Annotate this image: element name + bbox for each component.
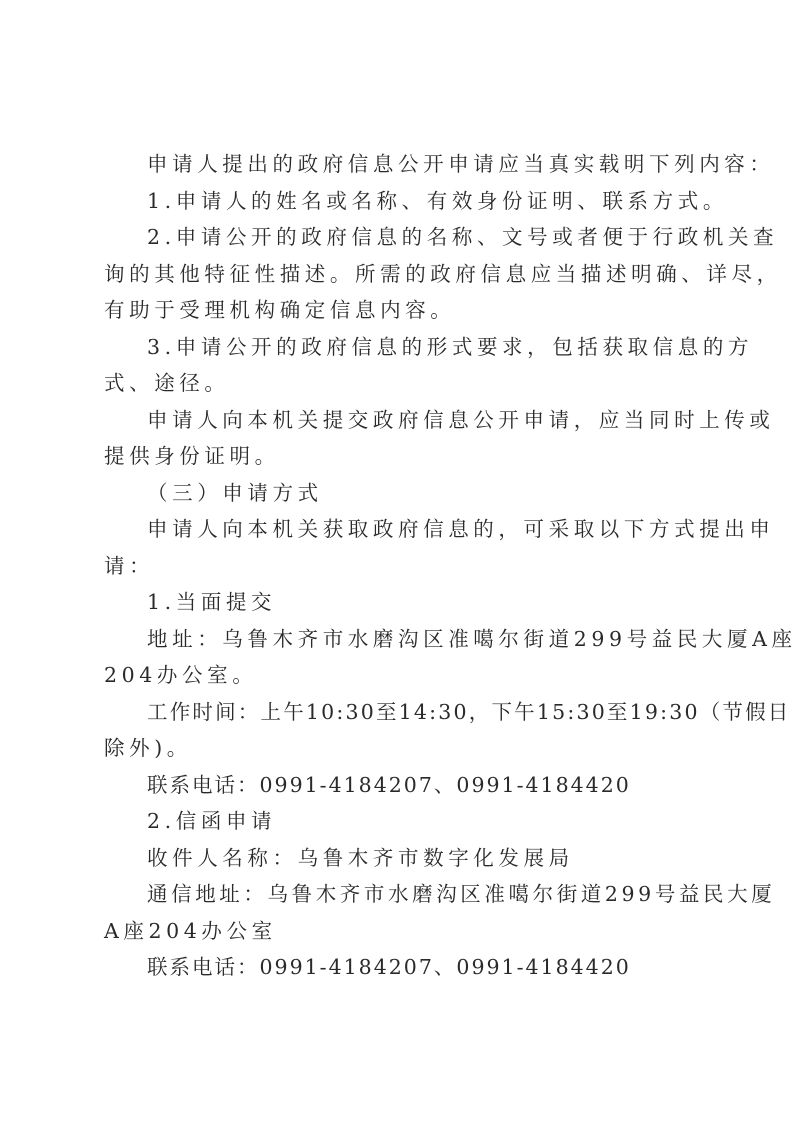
method-1-phone: 联系电话：0991-4184207、0991-4184420 (104, 767, 694, 804)
section-heading-application-methods: （三）申请方式 (104, 475, 694, 512)
method-1-hours-line-1: 工作时间：上午10:30至14:30，下午15:30至19:30（节假日 (104, 694, 694, 731)
method-1-address-line-2: 204办公室。 (104, 657, 694, 694)
paragraph-intro: 申请人提出的政府信息公开申请应当真实载明下列内容： (104, 146, 694, 183)
paragraph-methods-intro-line-2: 请： (104, 548, 694, 585)
list-item-2-line-2: 询的其他特征性描述。所需的政府信息应当描述明确、详尽， (104, 256, 694, 293)
method-2-recipient: 收件人名称：乌鲁木齐市数字化发展局 (104, 840, 694, 877)
method-2-address-line-1: 通信地址：乌鲁木齐市水磨沟区准噶尔街道299号益民大厦 (104, 876, 694, 913)
document-page: 申请人提出的政府信息公开申请应当真实载明下列内容： 1.申请人的姓名或名称、有效… (104, 146, 694, 986)
method-1-hours-line-2: 除外)。 (104, 730, 694, 767)
method-2-title: 2.信函申请 (104, 803, 694, 840)
paragraph-id-proof-line-1: 申请人向本机关提交政府信息公开申请，应当同时上传或 (104, 402, 694, 439)
method-1-address-line-1: 地址：乌鲁木齐市水磨沟区准噶尔街道299号益民大厦A座 (104, 621, 694, 658)
list-item-2-line-3: 有助于受理机构确定信息内容。 (104, 292, 694, 329)
method-1-title: 1.当面提交 (104, 584, 694, 621)
list-item-3-line-1: 3.申请公开的政府信息的形式要求，包括获取信息的方 (104, 329, 694, 366)
paragraph-id-proof-line-2: 提供身份证明。 (104, 438, 694, 475)
list-item-3-line-2: 式、途径。 (104, 365, 694, 402)
paragraph-methods-intro-line-1: 申请人向本机关获取政府信息的，可采取以下方式提出申 (104, 511, 694, 548)
method-2-phone: 联系电话：0991-4184207、0991-4184420 (104, 949, 694, 986)
list-item-1: 1.申请人的姓名或名称、有效身份证明、联系方式。 (104, 183, 694, 220)
method-2-address-line-2: A座204办公室 (104, 913, 694, 950)
list-item-2-line-1: 2.申请公开的政府信息的名称、文号或者便于行政机关查 (104, 219, 694, 256)
